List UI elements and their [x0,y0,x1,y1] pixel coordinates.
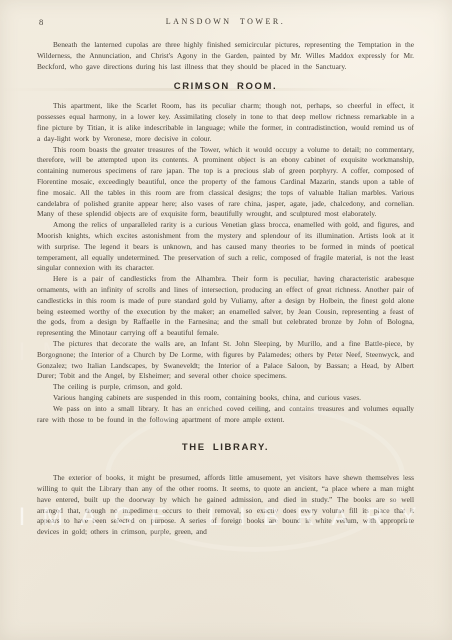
section-heading-crimson-room: CRIMSON ROOM. [37,81,414,92]
crimson-paragraph-6: The ceiling is purple, crimson, and gold… [37,382,414,393]
crimson-paragraph-2: This room boasts the greater treasures o… [37,145,414,221]
crimson-paragraph-8: We pass on into a small library. It has … [37,404,414,426]
scanned-book-page: 8 LANSDOWN TOWER. Beneath the lanterned … [0,0,452,640]
crimson-paragraph-3: Among the relics of unparalleled rarity … [37,220,414,274]
intro-paragraph: Beneath the lanterned cupolas are three … [37,40,414,72]
page-content: 8 LANSDOWN TOWER. Beneath the lanterned … [37,17,414,538]
section-heading-library: THE LIBRARY. [37,442,414,453]
library-paragraph-1: The exterior of books, it might be presu… [37,473,414,538]
crimson-paragraph-5: The pictures that decorate the walls are… [37,339,414,382]
page-header: 8 LANSDOWN TOWER. [37,17,414,29]
crimson-paragraph-4: Here is a pair of candlesticks from the … [37,274,414,339]
running-title: LANSDOWN TOWER. [37,17,414,26]
crimson-paragraph-7: Various hanging cabinets are suspended i… [37,393,414,404]
crimson-paragraph-1: This apartment, like the Scarlet Room, h… [37,101,414,144]
page-number: 8 [39,17,43,27]
